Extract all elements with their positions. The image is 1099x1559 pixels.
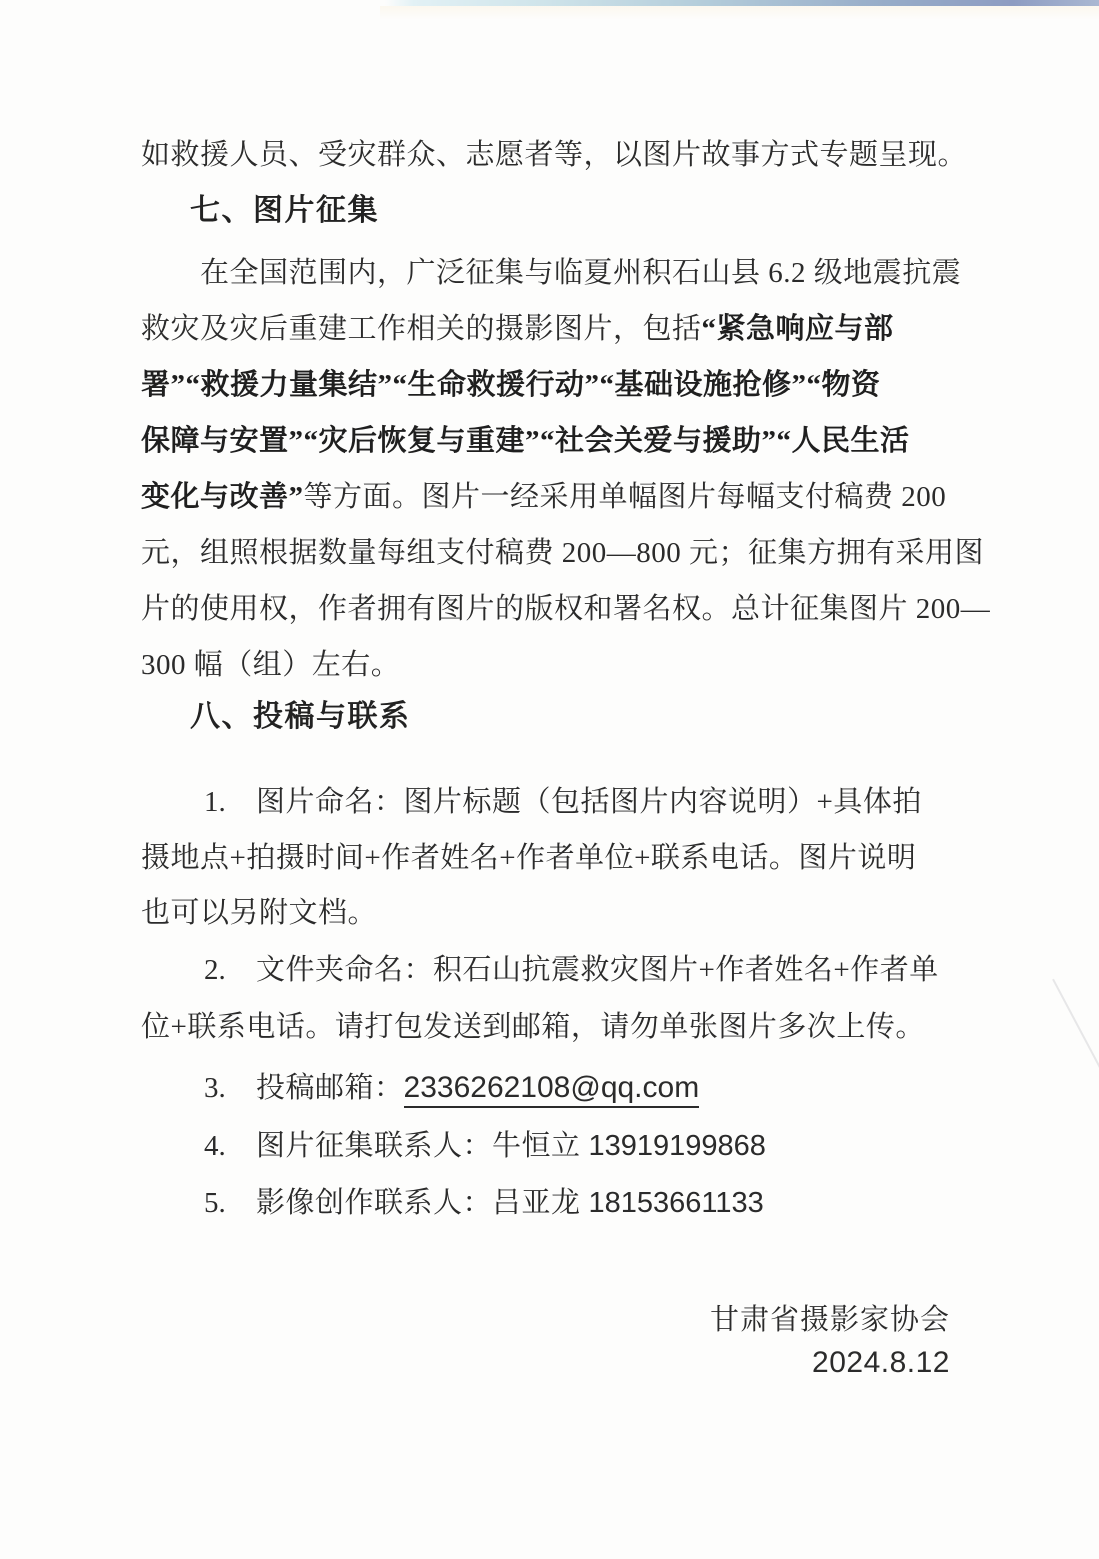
list-item-3-line: 3.投稿邮箱：2336262108@qq.com — [204, 1071, 699, 1105]
list-item-5-line: 5.影像创作联系人：吕亚龙18153661133 — [204, 1186, 764, 1220]
section-eight-heading: 八、投稿与联系 — [190, 700, 411, 734]
list-item-5-number: 5. — [204, 1186, 256, 1220]
list-item-1-text: 图片命名：图片标题（包括图片内容说明）+具体拍 — [256, 786, 922, 818]
list-item-4-number: 4. — [204, 1129, 256, 1163]
bold-category-segment: 变化与改善” — [141, 481, 304, 513]
section-seven-paragraph-line-6: 元，组照根据数量每组支付稿费 200—800 元；征集方拥有采用图 — [141, 536, 984, 570]
section-seven-paragraph-line-4: 保障与安置”“灾后恢复与重建”“社会关爱与援助”“人民生活 — [141, 424, 910, 458]
section-seven-paragraph-line-1: 在全国范围内，广泛征集与临夏州积石山县 6.2 级地震抗震 — [200, 256, 961, 290]
photo-collection-contact-phone: 13919199868 — [589, 1130, 766, 1162]
list-item-1-number: 1. — [204, 785, 256, 819]
scan-artifact-cream-band — [380, 6, 1099, 20]
list-item-2-number: 2. — [204, 953, 256, 987]
signature-date: 2024.8.12 — [812, 1346, 950, 1380]
section-seven-paragraph-line-3: 署”“救援力量集结”“生命救援行动”“基础设施抢修”“物资 — [141, 368, 881, 402]
list-item-3-number: 3. — [204, 1071, 256, 1105]
section-seven-paragraph-line-5: 变化与改善”等方面。图片一经采用单幅图片每幅支付稿费 200 — [141, 480, 946, 514]
list-item-1-line-2: 摄地点+拍摄时间+作者姓名+作者单位+联系电话。图片说明 — [141, 841, 916, 875]
list-item-1-line-3: 也可以另附文档。 — [141, 896, 377, 930]
bold-category-segment: “紧急响应与部 — [702, 313, 894, 345]
list-item-4-line: 4.图片征集联系人：牛恒立13919199868 — [204, 1129, 766, 1163]
image-creation-contact-label: 影像创作联系人：吕亚龙 — [256, 1187, 581, 1219]
section-seven-paragraph-line-2: 救灾及灾后重建工作相关的摄影图片，包括“紧急响应与部 — [141, 312, 894, 346]
submission-email-address[interactable]: 2336262108@qq.com — [404, 1071, 700, 1108]
section-seven-paragraph-line-8: 300 幅（组）左右。 — [141, 648, 400, 682]
section-seven-heading: 七、图片征集 — [190, 194, 379, 228]
submission-email-label: 投稿邮箱： — [256, 1072, 404, 1104]
list-item-2-line-2: 位+联系电话。请打包发送到邮箱，请勿单张图片多次上传。 — [141, 1010, 925, 1044]
paragraph-text-segment: 等方面。图片一经采用单幅图片每幅支付稿费 200 — [304, 481, 947, 513]
list-item-2-line-1: 2.文件夹命名：积石山抗震救灾图片+作者姓名+作者单 — [204, 953, 939, 987]
list-item-1-line-1: 1.图片命名：图片标题（包括图片内容说明）+具体拍 — [204, 785, 922, 819]
scanned-document-page: 如救援人员、受灾群众、志愿者等，以图片故事方式专题呈现。 七、图片征集 在全国范… — [0, 0, 1099, 1559]
list-item-2-text: 文件夹命名：积石山抗震救灾图片+作者姓名+作者单 — [256, 954, 939, 986]
signature-organization: 甘肃省摄影家协会 — [710, 1303, 950, 1337]
paragraph-text-segment: 救灾及灾后重建工作相关的摄影图片，包括 — [141, 313, 702, 345]
scan-artifact-streak — [1052, 979, 1099, 1121]
photo-collection-contact-label: 图片征集联系人：牛恒立 — [256, 1130, 581, 1162]
section-seven-paragraph-line-7: 片的使用权，作者拥有图片的版权和署名权。总计征集图片 200— — [141, 592, 990, 626]
image-creation-contact-phone: 18153661133 — [589, 1187, 764, 1219]
intro-continuation-line: 如救援人员、受灾群众、志愿者等，以图片故事方式专题呈现。 — [141, 138, 967, 172]
